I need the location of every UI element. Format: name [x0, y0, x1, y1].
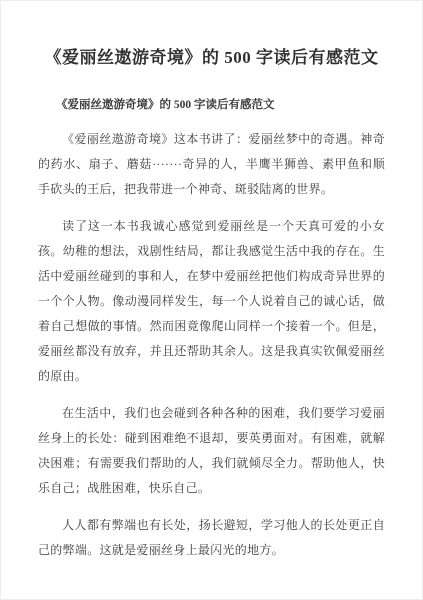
paragraph-3: 在生活中，我们也会碰到各种各种的困难，我们要学习爱丽丝身上的长处：碰到困难绝不退… — [38, 401, 385, 501]
document-subtitle: 《爱丽丝遨游奇境》的 500 字读后有感范文 — [38, 97, 385, 113]
page-title: 《爱丽丝遨游奇境》的 500 字读后有感范文 — [38, 46, 385, 70]
document-content: 《爱丽丝遨游奇境》的 500 字读后有感范文 《爱丽丝遨游奇境》的 500 字读… — [0, 0, 423, 563]
paragraph-2: 读了这一本书我诚心感觉到爱丽丝是一个天真可爱的小女孩。幼稚的想法，戏剧性结局，都… — [38, 214, 385, 389]
paragraph-4: 人人都有弊端也有长处，扬长避短，学习他人的长处更正自己的弊端。这就是爱丽丝身上最… — [38, 513, 385, 563]
document-body: 《爱丽丝遨游奇境》这本书讲了：爱丽丝梦中的奇遇。神奇的药水、扇子、蘑菇·····… — [38, 127, 385, 563]
paragraph-1: 《爱丽丝遨游奇境》这本书讲了：爱丽丝梦中的奇遇。神奇的药水、扇子、蘑菇·····… — [38, 127, 385, 202]
document-page: 《爱丽丝遨游奇境》的 500 字读后有感范文 《爱丽丝遨游奇境》的 500 字读… — [0, 0, 423, 600]
